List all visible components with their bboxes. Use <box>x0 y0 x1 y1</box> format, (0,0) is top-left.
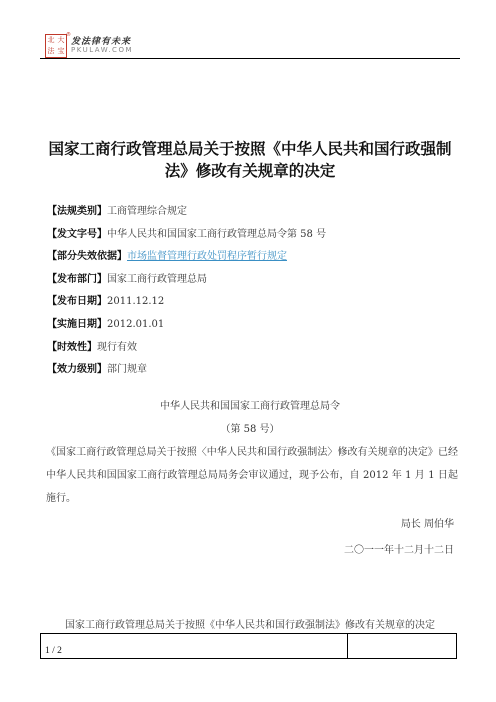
meta-label: 【发文字号】 <box>47 229 107 240</box>
meta-value: 现行有效 <box>97 342 137 353</box>
meta-value: 中华人民共和国国家工商行政管理总局令第 58 号 <box>107 229 326 240</box>
order-title: 中华人民共和国国家工商行政管理总局令 <box>40 397 460 412</box>
footer-cell-page: 1 / 2 <box>41 634 348 658</box>
seal-char: 宝 <box>56 46 66 57</box>
seal-char: 法 <box>46 46 56 57</box>
title-line-2: 法》修改有关规章的决定 <box>40 160 460 182</box>
meta-label: 【法规类别】 <box>47 206 107 217</box>
footer-table: 1 / 2 <box>40 633 457 659</box>
meta-value: 国家工商行政管理总局 <box>107 274 207 285</box>
meta-label: 【发布日期】 <box>47 296 107 307</box>
meta-label: 【效力级别】 <box>47 364 107 375</box>
meta-label: 【实施日期】 <box>47 319 107 330</box>
pkulaw-header: 北 大 法 宝 ® 发法律有未来 PKULAW.COM <box>40 32 460 60</box>
order-number: （第 58 号） <box>40 420 460 435</box>
meta-issuer: 【发布部门】国家工商行政管理总局 <box>47 272 467 295</box>
meta-doc-number: 【发文字号】中华人民共和国国家工商行政管理总局令第 58 号 <box>47 227 467 250</box>
footer-title: 国家工商行政管理总局关于按照《中华人民共和国行政强制法》修改有关规章的决定 <box>40 616 460 631</box>
meta-partial-invalidation: 【部分失效依据】市场监督管理行政处罚程序暂行规定 <box>47 249 467 272</box>
meta-effective-date: 【实施日期】2012.01.01 <box>47 317 467 340</box>
title-line-1: 国家工商行政管理总局关于按照《中华人民共和国行政强制 <box>40 138 460 160</box>
metadata-list: 【法规类别】工商管理综合规定 【发文字号】中华人民共和国国家工商行政管理总局令第… <box>47 204 467 385</box>
pkulaw-seal-logo: 北 大 法 宝 <box>45 34 67 58</box>
meta-label: 【发布部门】 <box>47 274 107 285</box>
meta-label: 【部分失效依据】 <box>47 251 127 262</box>
meta-level: 【效力级别】部门规章 <box>47 362 467 385</box>
document-title: 国家工商行政管理总局关于按照《中华人民共和国行政强制 法》修改有关规章的决定 <box>40 138 460 182</box>
footer-cell-empty <box>348 634 456 658</box>
meta-value: 工商管理综合规定 <box>107 206 187 217</box>
signing-date: 二〇一一年十二月十二日 <box>344 541 454 556</box>
seal-char: 北 <box>46 35 56 46</box>
meta-validity: 【时效性】现行有效 <box>47 340 467 363</box>
seal-char: 大 <box>56 35 66 46</box>
meta-value: 部门规章 <box>107 364 147 375</box>
meta-value: 2012.01.01 <box>107 319 164 330</box>
meta-value: 2011.12.12 <box>107 296 164 307</box>
header-divider <box>40 58 460 59</box>
meta-category: 【法规类别】工商管理综合规定 <box>47 204 467 227</box>
page-number: 1 / 2 <box>45 646 62 656</box>
logo-domain: PKULAW.COM <box>71 46 133 54</box>
invalidation-basis-link[interactable]: 市场监督管理行政处罚程序暂行规定 <box>127 251 287 262</box>
signature: 局长 周伯华 <box>401 515 454 530</box>
body-paragraph: 《国家工商行政管理总局关于按照〈中华人民共和国行政强制法〉修改有关规章的决定》已… <box>46 441 458 510</box>
meta-label: 【时效性】 <box>47 342 97 353</box>
meta-issue-date: 【发布日期】2011.12.12 <box>47 294 467 317</box>
